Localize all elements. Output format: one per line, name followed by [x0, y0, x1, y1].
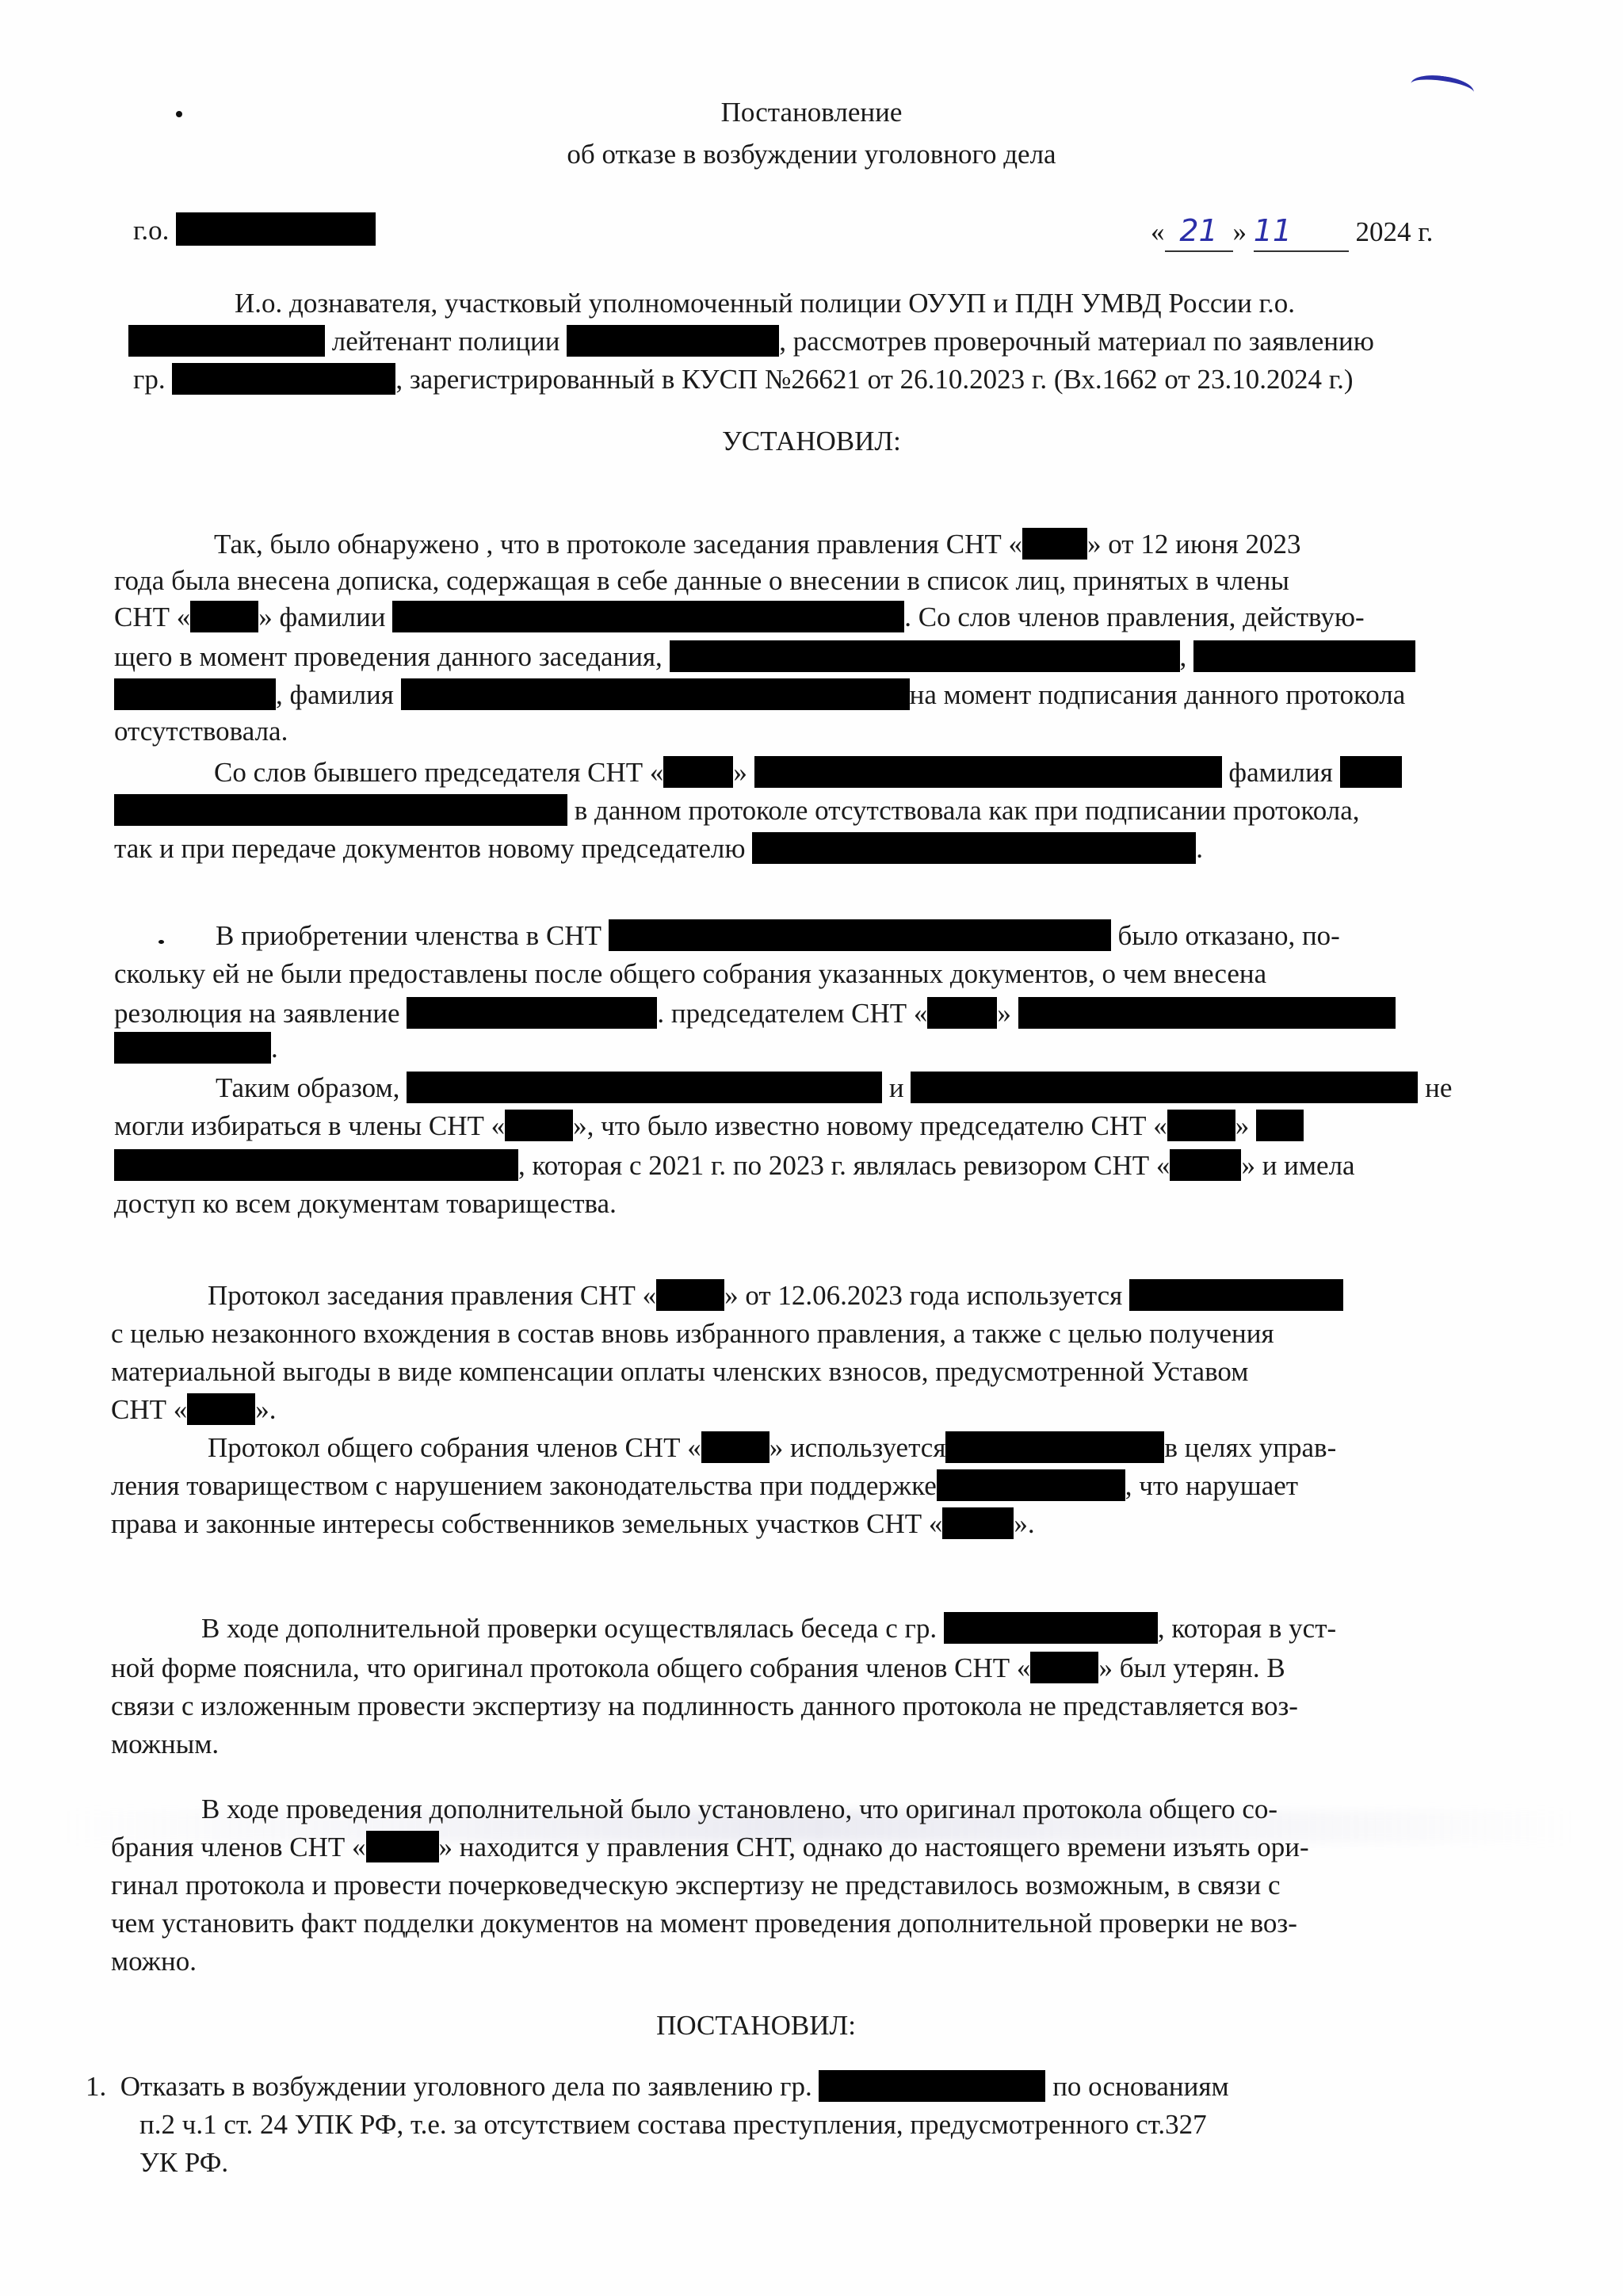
text-fragment: , рассмотрев проверочный материал по зая… — [779, 326, 1374, 357]
resolution-item-1-line-3: УК РФ. — [139, 2145, 228, 2181]
text-fragment: 11 — [1254, 212, 1349, 252]
text-fragment: по основаниям — [1052, 2071, 1228, 2102]
intro-line-2: лейтенант полиции , рассмотрев проверочн… — [128, 323, 1374, 360]
date-day: 21 — [1179, 213, 1217, 248]
p1-line-5: , фамилия на момент подписания данного п… — [114, 677, 1405, 713]
p2-line-3: так и при передаче документов новому пре… — [114, 831, 1203, 867]
place-prefix: г.о. — [133, 215, 169, 246]
text-fragment: в целях управ- — [1164, 1432, 1336, 1463]
text-fragment: права и законные интересы собственников … — [111, 1508, 942, 1539]
text-fragment: » — [1235, 1110, 1250, 1141]
p7-line-3: связи с изложенным провести экспертизу н… — [111, 1688, 1298, 1725]
document-title: Постановление — [0, 97, 1623, 128]
p7-line-1: В ходе дополнительной проверки осуществл… — [201, 1610, 1336, 1647]
redaction-block — [407, 1072, 882, 1103]
text-fragment: » фамилии — [258, 602, 385, 632]
text-fragment: » — [997, 998, 1011, 1029]
redaction-block — [172, 363, 395, 395]
text-fragment: . — [1196, 833, 1203, 864]
text-fragment: » от 12.06.2023 года используется — [724, 1280, 1122, 1311]
redaction-block — [1170, 1149, 1241, 1181]
redaction-block — [754, 756, 1222, 788]
text-fragment: ления товариществом с нарушением законод… — [111, 1470, 937, 1501]
p7-line-2: ной форме пояснила, что оригинал протоко… — [111, 1650, 1285, 1687]
intro-line-1: И.о. дознавателя, участковый уполномочен… — [235, 285, 1295, 322]
intro-line-3: гр. , зарегистрированный в КУСП №26621 о… — [133, 361, 1354, 398]
redaction-block — [927, 997, 997, 1029]
text-fragment: . Со слов членов правления, действую- — [904, 602, 1364, 632]
p1-line-2: года была внесена дописка, содержащая в … — [114, 563, 1289, 599]
text-fragment: лейтенант полиции — [332, 326, 560, 357]
redaction-block — [944, 1612, 1158, 1644]
text-fragment: » — [733, 757, 747, 788]
text-fragment: Отказать в возбуждении уголовного дела п… — [120, 2071, 812, 2102]
text-fragment: ». — [1014, 1508, 1034, 1539]
p6-line-3: права и законные интересы собственников … — [111, 1506, 1035, 1542]
redaction-block — [670, 640, 1180, 672]
text-fragment: , — [1180, 641, 1187, 672]
redaction-block — [1193, 640, 1415, 672]
redaction-block — [366, 1831, 439, 1862]
p5-line-1: Протокол заседания правления СНТ «» от 1… — [208, 1278, 1343, 1314]
text-fragment: . — [271, 1033, 278, 1064]
redaction-block — [114, 1032, 271, 1064]
p1-line-4: щего в момент проведения данного заседан… — [114, 639, 1415, 675]
text-fragment: , фамилия — [276, 679, 394, 710]
redaction-block — [114, 794, 567, 826]
p3-line-3: резолюция на заявление . председателем С… — [114, 995, 1396, 1032]
text-fragment: гр. — [133, 364, 166, 395]
p5-line-3: материальной выгоды в виде компенсации о… — [111, 1354, 1248, 1390]
redaction-block — [114, 678, 276, 710]
redaction-block — [505, 1110, 573, 1141]
quote-close: » — [1233, 216, 1247, 247]
text-fragment: В приобретении членства в СНТ — [216, 920, 601, 951]
text-fragment: брания членов СНТ « — [111, 1832, 366, 1862]
p1-line-1: Так, было обнаружено , что в протоколе з… — [214, 526, 1301, 563]
text-fragment: было отказано, по- — [1117, 920, 1339, 951]
text-fragment: Таким образом, — [216, 1072, 399, 1103]
text-fragment: . председателем СНТ « — [657, 998, 927, 1029]
text-fragment: резолюция на заявление — [114, 998, 400, 1029]
redaction-block — [656, 1279, 724, 1311]
p8-line-5: можно. — [111, 1943, 197, 1980]
text-fragment: » и имела — [1241, 1150, 1354, 1181]
redaction-block — [1018, 997, 1396, 1029]
redaction-block — [752, 832, 1196, 864]
text-fragment: на момент подписания данного протокола — [910, 679, 1406, 710]
place-line: г.о. — [133, 212, 376, 249]
redaction-block — [567, 325, 779, 357]
text-fragment: » используется — [769, 1432, 946, 1463]
text-fragment: , которая с 2021 г. по 2023 г. являлась … — [518, 1150, 1170, 1181]
redaction-block — [609, 919, 1111, 951]
text-fragment: Протокол общего собрания членов СНТ « — [208, 1432, 701, 1463]
text-fragment: СНТ « — [114, 602, 190, 632]
p8-line-2: брания членов СНТ «» находится у правлен… — [111, 1829, 1309, 1866]
p3-line-2: скольку ей не были предоставлены после о… — [114, 956, 1266, 992]
text-fragment: могли избираться в члены СНТ « — [114, 1110, 505, 1141]
p5-line-4: СНТ «». — [111, 1392, 277, 1428]
p8-line-1: В ходе проведения дополнительной было ус… — [201, 1791, 1277, 1828]
p6-line-2: ления товариществом с нарушением законод… — [111, 1468, 1298, 1504]
list-number: 1. — [86, 2071, 106, 2102]
date-month: 11 — [1254, 213, 1292, 248]
redaction-block — [1167, 1110, 1235, 1141]
text-fragment: Со слов бывшего председателя СНТ « — [214, 757, 663, 788]
redaction-block — [819, 2070, 1045, 2102]
document-page: Постановление об отказе в возбуждении уг… — [0, 0, 1623, 2296]
p8-line-4: чем установить факт подделки документов … — [111, 1905, 1297, 1942]
redaction-block — [937, 1469, 1125, 1501]
redaction-block — [911, 1072, 1418, 1103]
text-fragment: 21 — [1165, 212, 1233, 252]
document-subtitle: об отказе в возбуждении уголовного дела — [0, 139, 1623, 170]
redaction-block — [1022, 528, 1087, 560]
p4-line-2: могли избираться в члены СНТ «», что был… — [114, 1108, 1304, 1144]
text-fragment: в данном протоколе отсутствовала как при… — [575, 795, 1360, 826]
date-line: «21» 11 2024 г. — [1151, 212, 1433, 252]
text-fragment: СНТ « — [111, 1394, 187, 1425]
text-fragment: », что было известно новому председателю… — [573, 1110, 1167, 1141]
p2-line-2: в данном протоколе отсутствовала как при… — [114, 793, 1360, 829]
redaction-block — [114, 1149, 518, 1181]
text-fragment: фамилия — [1228, 757, 1332, 788]
redaction-block — [176, 212, 376, 246]
text-fragment: щего в момент проведения данного заседан… — [114, 641, 663, 672]
redaction-block — [392, 601, 904, 632]
date-year: 2024 г. — [1356, 216, 1434, 247]
redaction-block — [187, 1393, 255, 1425]
text-fragment: , что нарушает — [1125, 1470, 1298, 1501]
text-fragment: ». — [255, 1394, 276, 1425]
p7-line-4: можным. — [111, 1726, 219, 1763]
p3-line-1: В приобретении членства в СНТ было отказ… — [216, 918, 1340, 954]
p8-line-3: гинал протокола и провести почерковедчес… — [111, 1867, 1281, 1904]
text-fragment: Протокол заседания правления СНТ « — [208, 1280, 656, 1311]
redaction-block — [942, 1507, 1014, 1539]
redaction-block — [945, 1431, 1164, 1463]
text-fragment: » был утерян. В — [1098, 1652, 1285, 1683]
p2-line-1: Со слов бывшего председателя СНТ «» фами… — [214, 755, 1402, 791]
redaction-block — [1340, 756, 1402, 788]
redaction-block — [701, 1431, 769, 1463]
resolution-item-1-line-2: п.2 ч.1 ст. 24 УПК РФ, т.е. за отсутстви… — [139, 2107, 1207, 2143]
section-established: УСТАНОВИЛ: — [0, 426, 1623, 457]
text-fragment: Так, было обнаружено , что в протоколе з… — [214, 529, 1022, 560]
redaction-block — [1030, 1652, 1098, 1683]
text-fragment: и — [889, 1072, 904, 1103]
p4-line-3: , которая с 2021 г. по 2023 г. являлась … — [114, 1148, 1355, 1184]
text-fragment: » от 12 июня 2023 — [1087, 529, 1301, 560]
redaction-block — [401, 678, 910, 710]
redaction-block — [663, 756, 733, 788]
redaction-block — [1129, 1279, 1343, 1311]
text-fragment: , зарегистрированный в КУСП №26621 от 26… — [395, 364, 1353, 395]
text-fragment: , которая в уст- — [1158, 1613, 1336, 1644]
redaction-block — [1256, 1110, 1304, 1141]
p6-line-1: Протокол общего собрания членов СНТ «» и… — [208, 1430, 1336, 1466]
section-resolved: ПОСТАНОВИЛ: — [0, 2010, 1568, 2042]
text-fragment: В ходе дополнительной проверки осуществл… — [201, 1613, 937, 1644]
text-fragment: ной форме пояснила, что оригинал протоко… — [111, 1652, 1030, 1683]
p1-line-3: СНТ «» фамилии . Со слов членов правлени… — [114, 599, 1365, 636]
resolution-item-1-line-1: 1. Отказать в возбуждении уголовного дел… — [86, 2069, 1229, 2105]
text-fragment: » находится у правления СНТ, однако до н… — [439, 1832, 1309, 1862]
redaction-block — [190, 601, 258, 632]
redaction-block — [407, 997, 657, 1029]
scan-speck — [158, 940, 164, 944]
quote-open: « — [1151, 216, 1165, 247]
redaction-block — [128, 325, 325, 357]
text-fragment: так и при передаче документов новому пре… — [114, 833, 746, 864]
text-fragment: не — [1425, 1072, 1452, 1103]
p1-line-6: отсутствовала. — [114, 713, 288, 750]
p4-line-1: Таким образом, и не — [216, 1070, 1452, 1106]
p4-line-4: доступ ко всем документам товарищества. — [114, 1186, 617, 1222]
p3-line-4: . — [114, 1030, 278, 1067]
p5-line-2: с целью незаконного вхождения в состав в… — [111, 1316, 1274, 1352]
